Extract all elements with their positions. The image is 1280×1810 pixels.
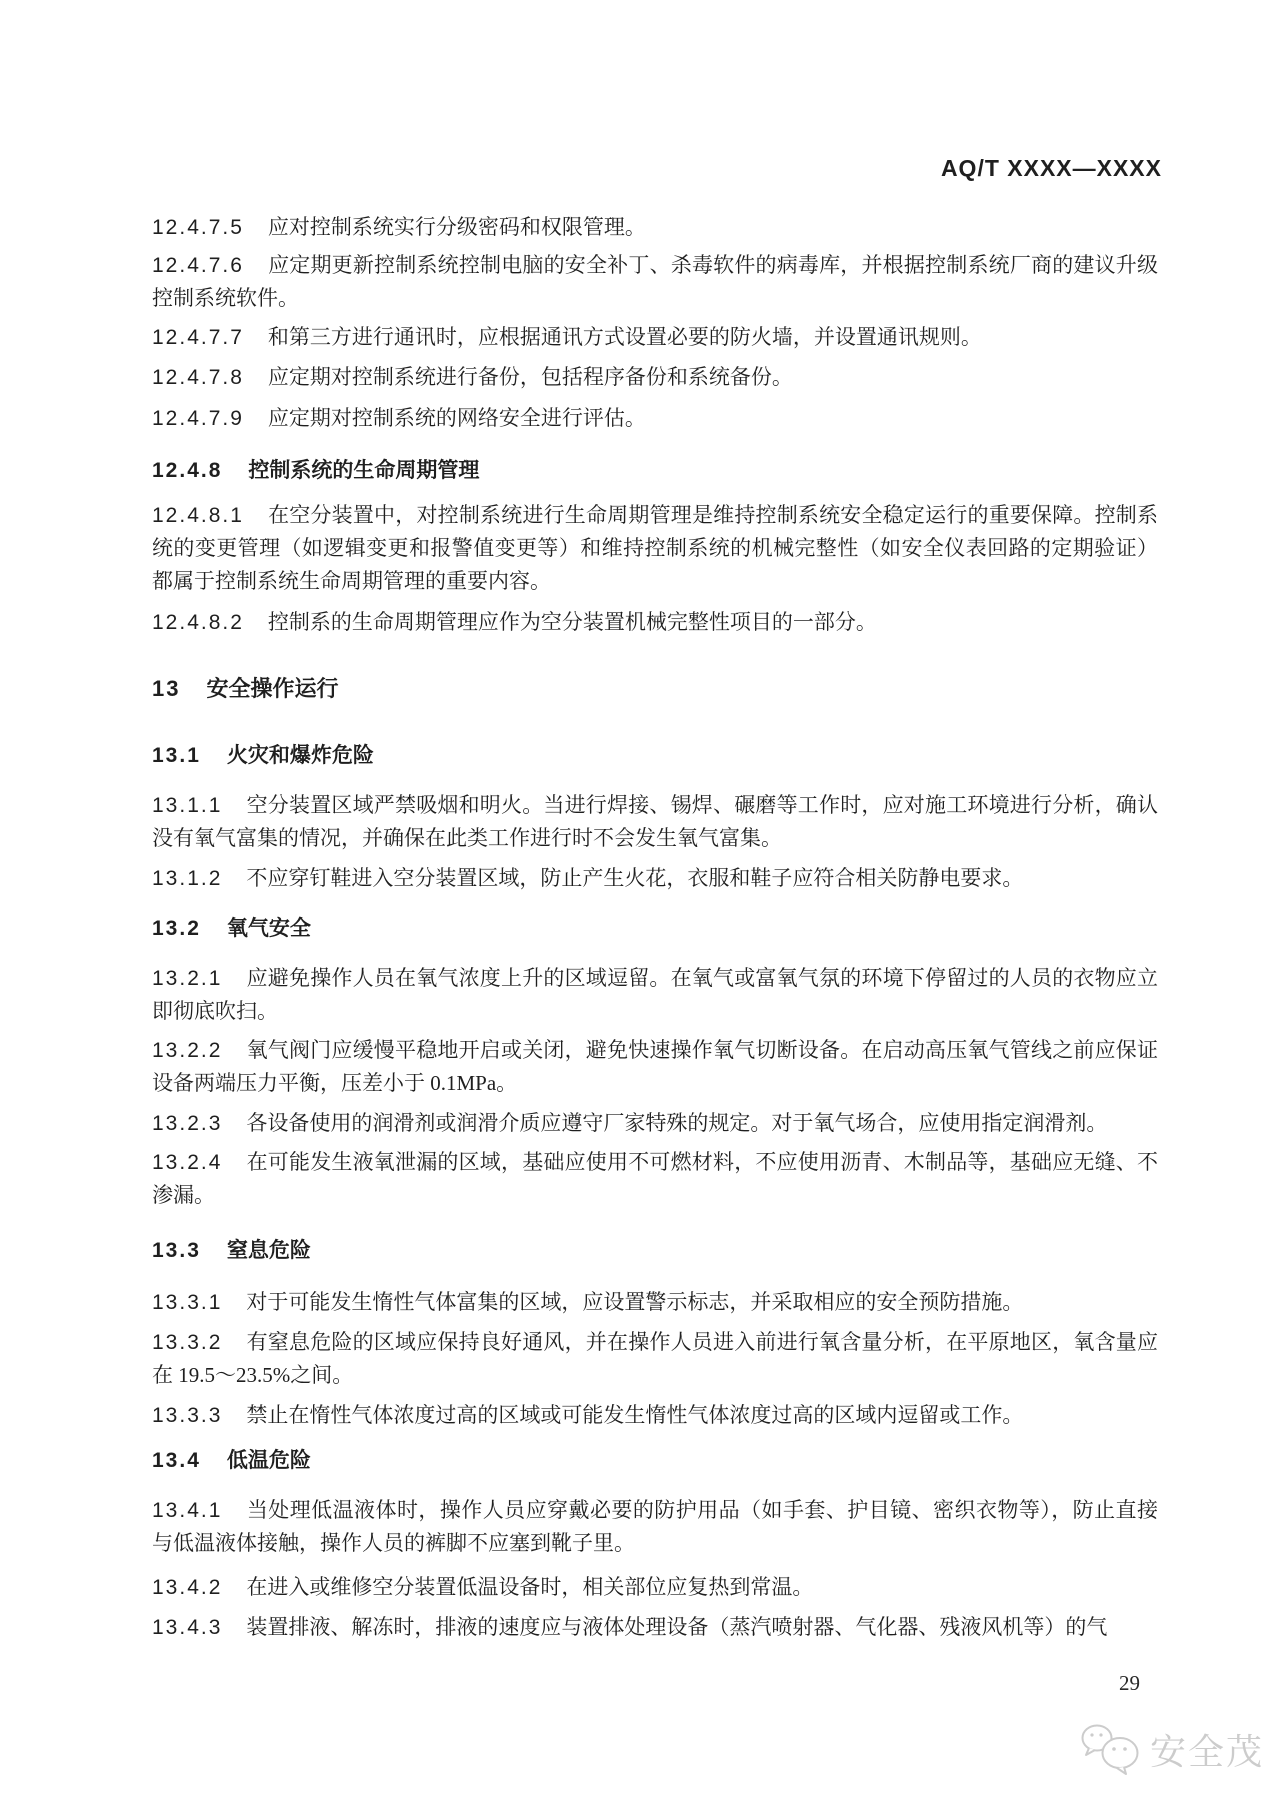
clause-text: 当处理低温液体时，操作人员应穿戴必要的防护用品（如手套、护目镜、密织衣物等），防… [152, 1498, 1158, 1555]
clause-12.4.7.8: 12.4.7.8应定期对控制系统进行备份，包括程序备份和系统备份。 [152, 361, 1158, 394]
clause-number: 13.3.3 [152, 1404, 222, 1427]
section-heading-12.4.8: 12.4.8控制系统的生命周期管理 [152, 454, 1158, 487]
section-heading-13.1: 13.1火灾和爆炸危险 [152, 739, 1158, 772]
clause-text: 禁止在惰性气体浓度过高的区域或可能发生惰性气体浓度过高的区域内逗留或工作。 [246, 1403, 1023, 1427]
clause-text: 有窒息危险的区域应保持良好通风，并在操作人员进入前进行氧含量分析，在平原地区，氧… [152, 1330, 1158, 1387]
heading-number: 13.3 [152, 1239, 201, 1262]
clause-text: 在可能发生液氧泄漏的区域，基础应使用不可燃材料，不应使用沥青、木制品等，基础应无… [152, 1150, 1158, 1207]
clause-13.2.1: 13.2.1应避免操作人员在氧气浓度上升的区域逗留。在氧气或富氧气氛的环境下停留… [152, 962, 1158, 1028]
clause-text: 不应穿钉鞋进入空分装置区域，防止产生火花，衣服和鞋子应符合相关防静电要求。 [246, 866, 1023, 890]
heading-text: 窒息危险 [227, 1239, 311, 1262]
clause-12.4.7.5: 12.4.7.5应对控制系统实行分级密码和权限管理。 [152, 211, 1158, 244]
clause-number: 12.4.7.5 [152, 216, 244, 239]
clause-13.2.4: 13.2.4在可能发生液氧泄漏的区域，基础应使用不可燃材料，不应使用沥青、木制品… [152, 1146, 1158, 1212]
heading-number: 13.1 [152, 744, 201, 767]
clause-13.1.2: 13.1.2不应穿钉鞋进入空分装置区域，防止产生火花，衣服和鞋子应符合相关防静电… [152, 862, 1158, 895]
chapter-number: 13 [152, 676, 180, 701]
clause-13.3.2: 13.3.2有窒息危险的区域应保持良好通风，并在操作人员进入前进行氧含量分析，在… [152, 1326, 1158, 1392]
watermark: 安全茂 [1080, 1722, 1264, 1776]
section-heading-13.2: 13.2氧气安全 [152, 912, 1158, 945]
clause-number: 13.3.2 [152, 1331, 222, 1354]
clause-text: 装置排液、解冻时，排液的速度应与液体处理设备（蒸汽喷射器、气化器、残液风机等）的… [246, 1615, 1107, 1639]
heading-number: 13.2 [152, 917, 201, 940]
clause-number: 12.4.7.9 [152, 407, 244, 430]
clause-number: 12.4.7.6 [152, 254, 244, 277]
clause-12.4.7.6: 12.4.7.6应定期更新控制系统控制电脑的安全补丁、杀毒软件的病毒库，并根据控… [152, 249, 1158, 315]
clause-number: 13.2.2 [152, 1039, 222, 1062]
clause-text: 应定期更新控制系统控制电脑的安全补丁、杀毒软件的病毒库，并根据控制系统厂商的建议… [152, 253, 1158, 310]
clause-number: 12.4.8.1 [152, 504, 244, 527]
watermark-label: 安全茂 [1150, 1724, 1264, 1775]
clause-number: 13.3.1 [152, 1291, 222, 1314]
clause-13.3.1: 13.3.1对于可能发生惰性气体富集的区域，应设置警示标志，并采取相应的安全预防… [152, 1286, 1158, 1319]
heading-text: 控制系统的生命周期管理 [248, 459, 479, 482]
clause-text: 和第三方进行通讯时，应根据通讯方式设置必要的防火墙，并设置通讯规则。 [268, 325, 982, 349]
clause-number: 13.2.3 [152, 1112, 222, 1135]
chapter-text: 安全操作运行 [206, 676, 338, 701]
clause-number: 12.4.8.2 [152, 611, 244, 634]
clause-13.2.3: 13.2.3各设备使用的润滑剂或润滑介质应遵守厂家特殊的规定。对于氧气场合，应使… [152, 1107, 1158, 1140]
clause-13.4.2: 13.4.2在进入或维修空分装置低温设备时，相关部位应复热到常温。 [152, 1571, 1158, 1604]
heading-number: 12.4.8 [152, 459, 222, 482]
clause-number: 13.4.2 [152, 1576, 222, 1599]
clause-12.4.8.1: 12.4.8.1在空分装置中，对控制系统进行生命周期管理是维持控制系统安全稳定运… [152, 499, 1158, 598]
clause-text: 对于可能发生惰性气体富集的区域，应设置警示标志，并采取相应的安全预防措施。 [246, 1290, 1023, 1314]
clause-text: 应对控制系统实行分级密码和权限管理。 [268, 215, 646, 239]
clause-13.1.1: 13.1.1空分装置区域严禁吸烟和明火。当进行焊接、锡焊、碾磨等工作时，应对施工… [152, 789, 1158, 855]
section-heading-13.3: 13.3窒息危险 [152, 1234, 1158, 1267]
clause-text: 应定期对控制系统进行备份，包括程序备份和系统备份。 [268, 365, 793, 389]
clause-number: 12.4.7.7 [152, 326, 244, 349]
clause-text: 氧气阀门应缓慢平稳地开启或关闭，避免快速操作氧气切断设备。在启动高压氧气管线之前… [152, 1038, 1158, 1095]
clause-text: 在空分装置中，对控制系统进行生命周期管理是维持控制系统安全稳定运行的重要保障。控… [152, 503, 1158, 593]
clause-text: 在进入或维修空分装置低温设备时，相关部位应复热到常温。 [246, 1575, 813, 1599]
clause-text: 控制系的生命周期管理应作为空分装置机械完整性项目的一部分。 [268, 610, 877, 634]
clause-number: 13.4.1 [152, 1499, 222, 1522]
clause-text: 应定期对控制系统的网络安全进行评估。 [268, 406, 646, 430]
clause-13.4.1: 13.4.1当处理低温液体时，操作人员应穿戴必要的防护用品（如手套、护目镜、密织… [152, 1494, 1158, 1560]
clause-12.4.8.2: 12.4.8.2控制系的生命周期管理应作为空分装置机械完整性项目的一部分。 [152, 606, 1158, 639]
section-heading-13.4: 13.4低温危险 [152, 1444, 1158, 1477]
clause-number: 13.4.3 [152, 1616, 222, 1639]
clause-12.4.7.7: 12.4.7.7和第三方进行通讯时，应根据通讯方式设置必要的防火墙，并设置通讯规… [152, 321, 1158, 354]
heading-text: 低温危险 [227, 1449, 311, 1472]
wechat-icon [1080, 1722, 1142, 1776]
heading-text: 火灾和爆炸危险 [227, 744, 374, 767]
heading-text: 氧气安全 [227, 917, 311, 940]
heading-number: 13.4 [152, 1449, 201, 1472]
clause-number: 13.2.4 [152, 1151, 222, 1174]
clause-number: 13.1.1 [152, 794, 222, 817]
document-page: AQ/T XXXX—XXXX 12.4.7.5应对控制系统实行分级密码和权限管理… [0, 0, 1280, 1810]
clause-13.4.3: 13.4.3装置排液、解冻时，排液的速度应与液体处理设备（蒸汽喷射器、气化器、残… [152, 1611, 1158, 1644]
chapter-heading-13: 13安全操作运行 [152, 672, 1158, 705]
clause-number: 13.1.2 [152, 867, 222, 890]
clause-13.2.2: 13.2.2氧气阀门应缓慢平稳地开启或关闭，避免快速操作氧气切断设备。在启动高压… [152, 1034, 1158, 1100]
page-number: 29 [1119, 1671, 1140, 1696]
clause-text: 应避免操作人员在氧气浓度上升的区域逗留。在氧气或富氧气氛的环境下停留过的人员的衣… [152, 966, 1158, 1023]
clause-13.3.3: 13.3.3禁止在惰性气体浓度过高的区域或可能发生惰性气体浓度过高的区域内逗留或… [152, 1399, 1158, 1432]
clause-text: 各设备使用的润滑剂或润滑介质应遵守厂家特殊的规定。对于氧气场合，应使用指定润滑剂… [246, 1111, 1107, 1135]
clause-number: 12.4.7.8 [152, 366, 244, 389]
doc-header-standard-number: AQ/T XXXX—XXXX [941, 155, 1162, 182]
clause-text: 空分装置区域严禁吸烟和明火。当进行焊接、锡焊、碾磨等工作时，应对施工环境进行分析… [152, 793, 1158, 850]
clause-12.4.7.9: 12.4.7.9应定期对控制系统的网络安全进行评估。 [152, 402, 1158, 435]
clause-number: 13.2.1 [152, 967, 222, 990]
